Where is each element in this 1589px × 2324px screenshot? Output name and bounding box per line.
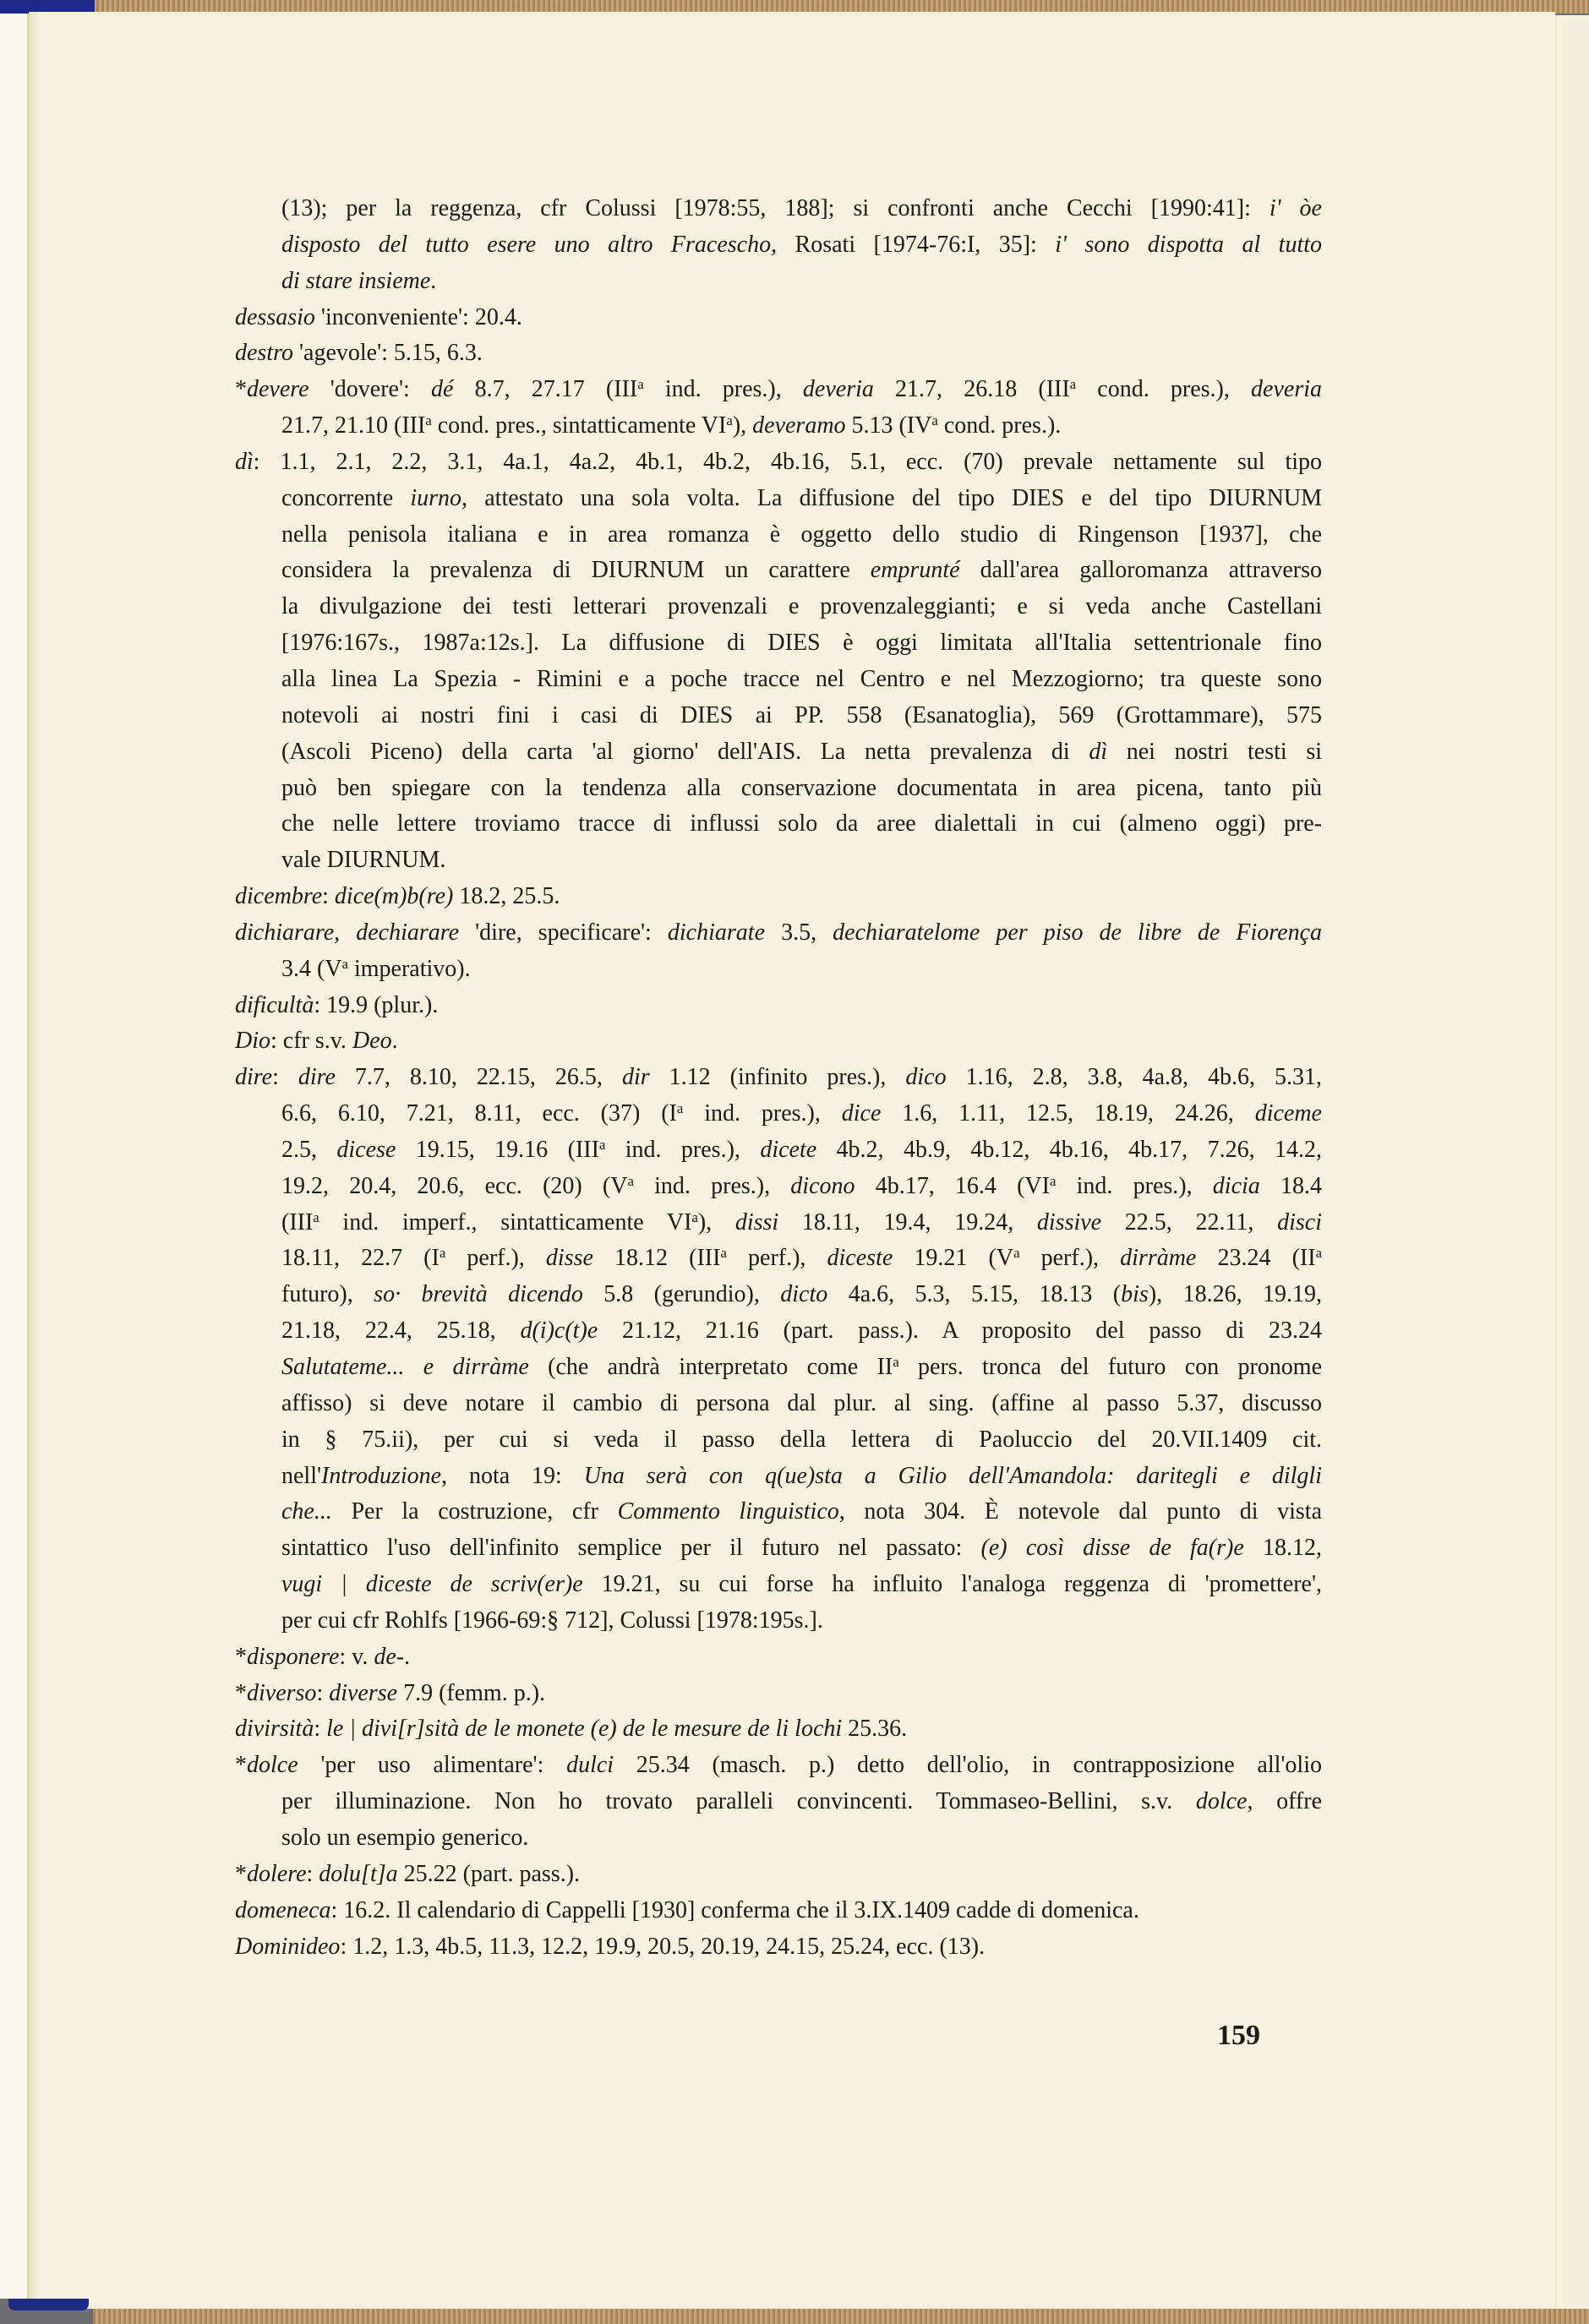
text-run: perf.), bbox=[1020, 1245, 1121, 1271]
text-run: ind. pres.), bbox=[644, 376, 803, 402]
text-run: 7.7, 8.10, 22.15, 26.5, bbox=[336, 1064, 622, 1090]
italic-term: dissi bbox=[735, 1209, 778, 1236]
ordinal-superscript: a bbox=[342, 956, 348, 972]
text-run: : 16.2. Il calendario di Cappelli [1930]… bbox=[331, 1897, 1139, 1923]
text-run: 25.22 (part. pass.). bbox=[398, 1861, 580, 1887]
italic-term: dice bbox=[842, 1100, 882, 1127]
entry-continuation-line: vugi | diceste de scriv(er)e 19.21, su c… bbox=[235, 1567, 1322, 1603]
text-run: cond. pres., sintatticamente VI bbox=[432, 412, 727, 439]
text-run: pers. tronca del futuro con pronome bbox=[899, 1354, 1322, 1380]
text-run: 3.4 (V bbox=[281, 956, 342, 982]
italic-term: dicete bbox=[760, 1137, 816, 1163]
text-run: 22.5, 22.11, bbox=[1101, 1209, 1277, 1236]
entry-continuation-line: 21.18, 22.4, 25.18, d(i)c(t)e 21.12, 21.… bbox=[235, 1313, 1322, 1350]
text-run: : bbox=[316, 1680, 329, 1706]
text-run: dall'area galloromanza attraverso bbox=[960, 557, 1322, 583]
text-run: * bbox=[235, 376, 247, 402]
text-run: : 19.9 (plur.). bbox=[314, 992, 438, 1018]
entry-continuation-line: (IIIa ind. imperf., sintatticamente VIa)… bbox=[235, 1205, 1322, 1241]
text-run: 19.21, su cui forse ha influito l'analog… bbox=[583, 1571, 1322, 1597]
italic-term: Salutateme... e dirràme bbox=[281, 1354, 529, 1380]
text-run: , Rosati [1974-76:I, 35]: bbox=[771, 232, 1055, 258]
text-run: * bbox=[235, 1752, 247, 1778]
text-run: ind. pres.), bbox=[1056, 1173, 1212, 1199]
text-run: : 1.2, 1.3, 4b.5, 11.3, 12.2, 19.9, 20.5… bbox=[340, 1934, 985, 1960]
text-run: ind. pres.), bbox=[605, 1137, 760, 1163]
italic-term: Dominideo bbox=[235, 1934, 340, 1960]
text-run: perf.), bbox=[727, 1245, 827, 1271]
text-run: ind. pres.), bbox=[683, 1100, 841, 1127]
text-run: , attestato una sola volta. La diffusion… bbox=[461, 485, 1322, 511]
entry-continuation-line: Salutateme... e dirràme (che andrà inter… bbox=[235, 1350, 1322, 1386]
entry-continuation-line: nella penisola italiana e in area romanz… bbox=[235, 517, 1322, 554]
italic-term: dolce bbox=[247, 1752, 298, 1778]
italic-term: dichiarate bbox=[668, 919, 765, 946]
text-run: , nota 304. È notevole dal punto di vist… bbox=[839, 1498, 1322, 1525]
text-run: 'agevole': 5.15, 6.3. bbox=[293, 340, 483, 366]
text-run: 8.7, 27.17 (III bbox=[453, 376, 637, 402]
entry-headline: *dolce 'per uso alimentare': dulci 25.34… bbox=[235, 1748, 1322, 1784]
text-run: 18.12 (III bbox=[593, 1245, 721, 1271]
text-run: sintattico l'uso dell'infinito semplice … bbox=[281, 1535, 981, 1561]
italic-term: bis bbox=[1121, 1281, 1149, 1307]
text-run: ), 18.26, 19.19, bbox=[1149, 1281, 1322, 1307]
entry-headline: *dolere: dolu[t]a 25.22 (part. pass.). bbox=[235, 1857, 1322, 1893]
entry-continuation-line: che nelle lettere troviamo tracce di inf… bbox=[235, 806, 1322, 843]
text-run: nell' bbox=[281, 1463, 321, 1489]
text-run: 21.18, 22.4, 25.18, bbox=[281, 1317, 520, 1344]
entry-continuation-line: per cui cfr Rohlfs [1966-69:§ 712], Colu… bbox=[235, 1603, 1322, 1639]
text-run: . bbox=[430, 268, 436, 294]
text-run: 'inconveniente': 20.4. bbox=[315, 304, 522, 330]
ordinal-superscript: a bbox=[313, 1209, 319, 1225]
italic-term: Una serà con q(ue)sta a Gilio dell'Amand… bbox=[584, 1463, 1322, 1489]
ordinal-superscript: a bbox=[425, 412, 431, 428]
text-run: vale DIURNUM. bbox=[281, 847, 445, 873]
entry-continuation-line: solo un esempio generico. bbox=[235, 1820, 1322, 1857]
text-run: futuro), bbox=[281, 1281, 374, 1307]
text-run: cond. pres.), bbox=[1076, 376, 1251, 402]
entry-headline: divirsità: le | divi[r]sità de le monete… bbox=[235, 1711, 1322, 1748]
text-run: 5.13 (IV bbox=[846, 412, 932, 439]
text-run: 19.2, 20.4, 20.6, ecc. (20) (V bbox=[281, 1173, 627, 1199]
text-run: : v. bbox=[339, 1644, 374, 1670]
previous-page-edge bbox=[0, 14, 29, 2299]
italic-term: dicto bbox=[780, 1281, 827, 1307]
italic-term: dico bbox=[905, 1064, 946, 1090]
italic-term: di stare insieme bbox=[281, 268, 430, 294]
italic-term: d(i)c(t)e bbox=[520, 1317, 598, 1344]
italic-term: dire bbox=[298, 1064, 336, 1090]
italic-term: dicembre bbox=[235, 883, 322, 909]
text-run: 23.24 (II bbox=[1196, 1245, 1315, 1271]
text-run: ), bbox=[698, 1209, 735, 1236]
entry-headline: dificultà: 19.9 (plur.). bbox=[235, 988, 1322, 1024]
entry-headline: destro 'agevole': 5.15, 6.3. bbox=[235, 336, 1322, 372]
text-run: Per la costruzione, cfr bbox=[332, 1498, 618, 1525]
italic-term: diverse bbox=[329, 1680, 397, 1706]
entry-headline: dicembre: dice(m)b(re) 18.2, 25.5. bbox=[235, 879, 1322, 915]
ordinal-superscript: a bbox=[726, 412, 732, 428]
entry-headline: dire: dire 7.7, 8.10, 22.15, 26.5, dir 1… bbox=[235, 1060, 1322, 1096]
italic-term: dicese bbox=[336, 1137, 396, 1163]
text-run: 18.4 bbox=[1260, 1173, 1322, 1199]
entry-headline: domeneca: 16.2. Il calendario di Cappell… bbox=[235, 1893, 1322, 1929]
italic-term: destro bbox=[235, 340, 293, 366]
ordinal-superscript: a bbox=[720, 1245, 726, 1261]
italic-term: vugi | diceste de scriv(er)e bbox=[281, 1571, 583, 1597]
bookmark-ribbon-bottom bbox=[8, 2299, 89, 2310]
italic-term: dice(m)b(re) bbox=[335, 883, 453, 909]
italic-term: domeneca bbox=[235, 1897, 331, 1923]
italic-term: dicono bbox=[790, 1173, 855, 1199]
text-run: alla linea La Spezia - Rimini e a poche … bbox=[281, 666, 1322, 692]
italic-term: dolere bbox=[247, 1861, 307, 1887]
italic-term: diceste bbox=[827, 1245, 893, 1271]
text-run: solo un esempio generico. bbox=[281, 1825, 528, 1851]
text-run: per cui cfr Rohlfs [1966-69:§ 712], Colu… bbox=[281, 1607, 823, 1634]
text-run: : cfr s.v. bbox=[270, 1028, 352, 1054]
ordinal-superscript: a bbox=[1013, 1245, 1019, 1261]
text-run: 7.9 (femm. p.). bbox=[397, 1680, 545, 1706]
entry-headline: Dominideo: 1.2, 1.3, 4b.5, 11.3, 12.2, 1… bbox=[235, 1929, 1322, 1966]
text-run: 19.21 (V bbox=[893, 1245, 1013, 1271]
ordinal-superscript: a bbox=[1316, 1245, 1322, 1261]
entry-continuation-line: sintattico l'uso dell'infinito semplice … bbox=[235, 1530, 1322, 1567]
entry-continuation-line: che... Per la costruzione, cfr Commento … bbox=[235, 1494, 1322, 1530]
text-run: (Ascoli Piceno) della carta 'al giorno' … bbox=[281, 739, 1089, 765]
text-run: : bbox=[314, 1716, 326, 1742]
italic-term: dirràme bbox=[1120, 1245, 1196, 1271]
italic-term: disci bbox=[1277, 1209, 1322, 1236]
italic-term: dificultà bbox=[235, 992, 314, 1018]
italic-term: divirsità bbox=[235, 1716, 314, 1742]
text-run: 18.12, bbox=[1244, 1535, 1322, 1561]
entry-continuation-line: può ben spiegare con la tendenza alla co… bbox=[235, 771, 1322, 807]
text-run: 18.11, 22.7 (I bbox=[281, 1245, 440, 1271]
text-run: 19.15, 19.16 (III bbox=[396, 1137, 599, 1163]
text-run: 'dovere': bbox=[309, 376, 431, 402]
italic-term: dissive bbox=[1037, 1209, 1101, 1236]
text-run: concorrente bbox=[281, 485, 410, 511]
text-run: la divulgazione dei testi letterari prov… bbox=[281, 593, 1322, 619]
text-run: , offre bbox=[1247, 1788, 1322, 1814]
text-run: : bbox=[307, 1861, 319, 1887]
text-run: 21.7, 21.10 (III bbox=[281, 412, 425, 439]
text-run: in § 75.ii), per cui si veda il passo de… bbox=[281, 1427, 1322, 1453]
italic-term: dulci bbox=[566, 1752, 614, 1778]
entry-headline: *disponere: v. de-. bbox=[235, 1639, 1322, 1676]
text-run: 'per uso alimentare': bbox=[298, 1752, 566, 1778]
italic-term: de- bbox=[374, 1644, 404, 1670]
entry-continuation-line: per illuminazione. Non ho trovato parall… bbox=[235, 1784, 1322, 1820]
italic-term: dir bbox=[622, 1064, 650, 1090]
entry-continuation-line: in § 75.ii), per cui si veda il passo de… bbox=[235, 1422, 1322, 1459]
book-binding-bottom bbox=[93, 2309, 1589, 2324]
italic-term: dessasio bbox=[235, 304, 315, 330]
entry-continuation-line: 19.2, 20.4, 20.6, ecc. (20) (Va ind. pre… bbox=[235, 1169, 1322, 1205]
ordinal-superscript: a bbox=[1070, 376, 1076, 392]
text-run: 1.6, 1.11, 12.5, 18.19, 24.26, bbox=[881, 1100, 1254, 1127]
text-run: 18.2, 25.5. bbox=[453, 883, 560, 909]
text-run: ind. imperf., sintatticamente VI bbox=[319, 1209, 692, 1236]
italic-term: dolu[t]a bbox=[319, 1861, 397, 1887]
italic-term: Dio bbox=[235, 1028, 270, 1054]
text-run: 6.6, 6.10, 7.21, 8.11, ecc. (37) (I bbox=[281, 1100, 677, 1127]
entry-continuation-line: considera la prevalenza di DIURNUM un ca… bbox=[235, 553, 1322, 589]
text-run: 2.5, bbox=[281, 1137, 336, 1163]
entry-continuation-line: la divulgazione dei testi letterari prov… bbox=[235, 589, 1322, 625]
italic-term: disse bbox=[546, 1245, 593, 1271]
text-run: * bbox=[235, 1644, 247, 1670]
entry-headline: dì: 1.1, 2.1, 2.2, 3.1, 4a.1, 4a.2, 4b.1… bbox=[235, 445, 1322, 481]
entry-continuation-line: alla linea La Spezia - Rimini e a poche … bbox=[235, 662, 1322, 698]
entry-headline: dessasio 'inconveniente': 20.4. bbox=[235, 300, 1322, 336]
italic-term: emprunté bbox=[871, 557, 960, 583]
text-run: : 1.1, 2.1, 2.2, 3.1, 4a.1, 4a.2, 4b.1, … bbox=[254, 449, 1322, 475]
text-run: : bbox=[322, 883, 335, 909]
ordinal-superscript: a bbox=[893, 1354, 898, 1370]
text-run: perf.), bbox=[445, 1245, 546, 1271]
text-run: 21.12, 21.16 (part. pass.). A proposito … bbox=[598, 1317, 1322, 1344]
entry-continuation-line: 2.5, dicese 19.15, 19.16 (IIIa ind. pres… bbox=[235, 1132, 1322, 1169]
text-run: . bbox=[404, 1644, 410, 1670]
text-run: [1976:167s., 1987a:12s.]. La diffusione … bbox=[281, 630, 1322, 656]
entry-continuation-line: di stare insieme. bbox=[235, 264, 1322, 300]
text-run: * bbox=[235, 1861, 247, 1887]
text-run: 25.36. bbox=[842, 1716, 907, 1742]
ordinal-superscript: a bbox=[627, 1173, 633, 1189]
text-run: considera la prevalenza di DIURNUM un ca… bbox=[281, 557, 871, 583]
text-run: cond. pres.). bbox=[938, 412, 1061, 439]
text-run: 3.5, bbox=[765, 919, 833, 946]
ordinal-superscript: a bbox=[691, 1209, 697, 1225]
entry-continuation-line: (Ascoli Piceno) della carta 'al giorno' … bbox=[235, 734, 1322, 771]
text-run: può ben spiegare con la tendenza alla co… bbox=[281, 775, 1322, 801]
italic-term: dichiarare, dechiarare bbox=[235, 919, 459, 946]
entry-continuation-line: 3.4 (Va imperativo). bbox=[235, 952, 1322, 988]
text-run: ind. pres.), bbox=[634, 1173, 790, 1199]
entry-continuation-line: 18.11, 22.7 (Ia perf.), disse 18.12 (III… bbox=[235, 1241, 1322, 1277]
italic-term: devere bbox=[247, 376, 309, 402]
text-run: 21.7, 26.18 (III bbox=[874, 376, 1070, 402]
italic-term: dire bbox=[235, 1064, 272, 1090]
text-run: , nota 19: bbox=[441, 1463, 584, 1489]
text-run: affisso) si deve notare il cambio di per… bbox=[281, 1390, 1322, 1416]
entry-continuation-line: futuro), so· brevità dicendo 5.8 (gerund… bbox=[235, 1277, 1322, 1313]
italic-term: dolce bbox=[1196, 1788, 1248, 1814]
italic-term: disponere bbox=[247, 1644, 339, 1670]
italic-term: disposto del tutto esere uno altro Frace… bbox=[281, 232, 771, 258]
ordinal-superscript: a bbox=[637, 376, 643, 392]
text-run: (III bbox=[281, 1209, 313, 1236]
entry-headline: Dio: cfr s.v. Deo. bbox=[235, 1023, 1322, 1060]
text-run: 25.34 (masch. p.) detto dell'olio, in co… bbox=[614, 1752, 1322, 1778]
entry-continuation-line: 21.7, 21.10 (IIIa cond. pres., sintattic… bbox=[235, 408, 1322, 445]
entry-continuation-line: concorrente iurno, attestato una sola vo… bbox=[235, 481, 1322, 517]
text-run: * bbox=[235, 1680, 247, 1706]
entry-continuation-line: notevoli ai nostri fini i casi di DIES a… bbox=[235, 698, 1322, 734]
text-run: (13); per la reggenza, cfr Colussi [1978… bbox=[281, 195, 1270, 221]
entry-continuation-line: 6.6, 6.10, 7.21, 8.11, ecc. (37) (Ia ind… bbox=[235, 1096, 1322, 1132]
glossary-text-block: (13); per la reggenza, cfr Colussi [1978… bbox=[235, 191, 1322, 1965]
italic-term: i' òe bbox=[1270, 195, 1322, 221]
text-run: 1.16, 2.8, 3.8, 4a.8, 4b.6, 5.31, bbox=[947, 1064, 1322, 1090]
text-run: nei nostri testi si bbox=[1107, 739, 1322, 765]
italic-term: Introduzione bbox=[321, 1463, 441, 1489]
text-run: : bbox=[272, 1064, 298, 1090]
italic-term: iurno bbox=[410, 485, 461, 511]
italic-term: Commento linguistico bbox=[618, 1498, 839, 1525]
text-run: 4b.17, 16.4 (VI bbox=[855, 1173, 1050, 1199]
text-run: notevoli ai nostri fini i casi di DIES a… bbox=[281, 702, 1322, 728]
text-run: (che andrà interpretato come II bbox=[529, 1354, 893, 1380]
italic-term: (e) così disse de fa(r)e bbox=[981, 1535, 1244, 1561]
text-run: per illuminazione. Non ho trovato parall… bbox=[281, 1788, 1196, 1814]
entry-headline: *diverso: diverse 7.9 (femm. p.). bbox=[235, 1676, 1322, 1712]
text-run: 5.8 (gerundio), bbox=[583, 1281, 780, 1307]
italic-term: so· brevità dicendo bbox=[374, 1281, 583, 1307]
entry-continuation-line: vale DIURNUM. bbox=[235, 843, 1322, 879]
italic-term: diverso bbox=[247, 1680, 316, 1706]
text-run: ), bbox=[733, 412, 752, 439]
text-run: 4b.2, 4b.9, 4b.12, 4b.16, 4b.17, 7.26, 1… bbox=[816, 1137, 1322, 1163]
text-run: nella penisola italiana e in area romanz… bbox=[281, 521, 1322, 548]
page-number: 159 bbox=[1217, 2020, 1260, 2052]
text-run: 4a.6, 5.3, 5.15, 18.13 ( bbox=[827, 1281, 1121, 1307]
entry-continuation-line: (13); per la reggenza, cfr Colussi [1978… bbox=[235, 191, 1322, 227]
italic-term: che... bbox=[281, 1498, 332, 1525]
text-run: . bbox=[392, 1028, 398, 1054]
italic-term: dechiaratelome per piso de libre de Fior… bbox=[833, 919, 1322, 946]
italic-term: deveria bbox=[1251, 376, 1322, 402]
text-run: che nelle lettere troviamo tracce di inf… bbox=[281, 810, 1322, 837]
italic-term: deveramo bbox=[752, 412, 845, 439]
italic-term: deveria bbox=[803, 376, 874, 402]
text-run: 1.12 (infinito pres.), bbox=[650, 1064, 906, 1090]
italic-term: dì bbox=[235, 449, 254, 475]
italic-term: le | divi[r]sità de le monete (e) de le … bbox=[326, 1716, 842, 1742]
page-right-edge bbox=[1555, 15, 1589, 2310]
text-run: 'dire, specificare': bbox=[459, 919, 668, 946]
entry-continuation-line: disposto del tutto esere uno altro Frace… bbox=[235, 227, 1322, 264]
italic-term: dì bbox=[1089, 739, 1107, 765]
entry-continuation-line: [1976:167s., 1987a:12s.]. La diffusione … bbox=[235, 625, 1322, 662]
italic-term: diceme bbox=[1255, 1100, 1322, 1127]
entry-continuation-line: affisso) si deve notare il cambio di per… bbox=[235, 1386, 1322, 1422]
italic-term: i' sono dispotta al tutto bbox=[1055, 232, 1322, 258]
italic-term: dicia bbox=[1213, 1173, 1260, 1199]
italic-term: dé bbox=[431, 376, 453, 402]
entry-headline: dichiarare, dechiarare 'dire, specificar… bbox=[235, 915, 1322, 952]
entry-headline: *devere 'dovere': dé 8.7, 27.17 (IIIa in… bbox=[235, 372, 1322, 408]
text-run: imperativo). bbox=[348, 956, 471, 982]
ordinal-superscript: a bbox=[931, 412, 937, 428]
entry-continuation-line: nell'Introduzione, nota 19: Una serà con… bbox=[235, 1459, 1322, 1495]
text-run: 18.11, 19.4, 19.24, bbox=[778, 1209, 1037, 1236]
italic-term: Deo bbox=[352, 1028, 392, 1054]
